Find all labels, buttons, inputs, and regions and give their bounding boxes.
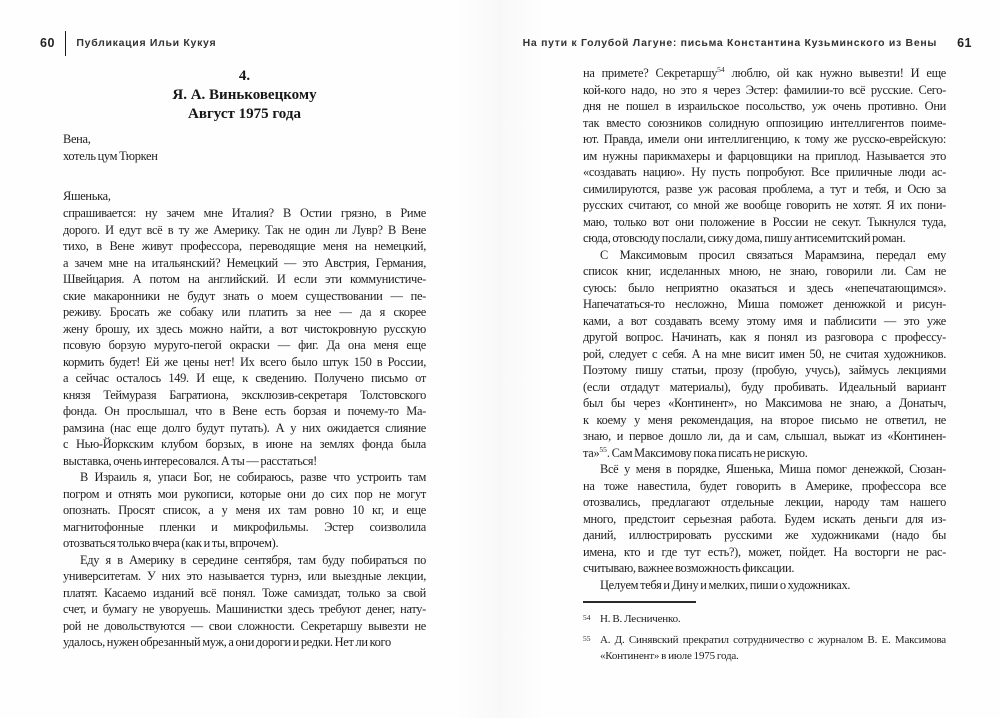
text-line: список книг, исделанных мною, не знаю, г…	[583, 263, 946, 280]
text-line: опознать. Просят список, а у меня их там…	[63, 502, 426, 519]
text-line: рамзина (нас еще долго будут путать). А …	[63, 420, 426, 437]
text-line: имена, кто и где тут есть?), может, пойд…	[583, 544, 946, 561]
text-line: с Нью-Йоркским клубом борзых, в июне на …	[63, 436, 426, 453]
text-line: Поэтому пишу статьи, прозу (пробую, учус…	[583, 362, 946, 379]
footnote-number: 55	[583, 632, 600, 664]
letter-body-left: спрашивается: ну зачем мне Италия? В Ост…	[63, 205, 426, 651]
text-line: на примете? Секретаршу54 люблю, ой как н…	[583, 65, 946, 82]
text-line: маю, только вот они положение в России н…	[583, 214, 946, 231]
text-line: знаю, и первое дошло ли, да и сам, слыша…	[583, 428, 946, 445]
text-line: Швейцария. А потом на английский. И если…	[63, 271, 426, 288]
text-line: Еду я в Америку в середине сентября, там…	[63, 552, 426, 569]
text-line: счет, и бумагу не уворуешь. Машинистки з…	[63, 601, 426, 618]
text-line: им нужны парикмахеры и фарцовщики на при…	[583, 148, 946, 165]
text-line: а сейчас осталось 149. И еще, к сведению…	[63, 370, 426, 387]
text-line: Н. В. Лесниченко.	[600, 611, 946, 627]
text-line: отозваться только вчера (как и ты, впроч…	[63, 535, 426, 552]
text-line: выставка, очень интересовался. А ты — ра…	[63, 453, 426, 470]
text-line: фонда. Он прослышал, что в Вене есть бор…	[63, 403, 426, 420]
text-line: удалось, нужен обрезанный муж, а они дор…	[63, 634, 426, 651]
footnote: 55А. Д. Синявский прекратил сотрудничест…	[583, 632, 946, 664]
footnote-ref: 54	[717, 65, 725, 74]
running-head-right: На пути к Голубой Лагуне: письма Констан…	[523, 37, 937, 49]
letter-addressee: Я. А. Виньковецкому	[63, 86, 426, 105]
text-line: много, предстоит серьезная работа. Будем…	[583, 511, 946, 528]
page-number-left: 60	[40, 36, 55, 50]
text-line: рой, следует с себя. А на мне висит имен…	[583, 346, 946, 363]
text-line: Всё у меня в порядке, Яшенька, Миша помо…	[583, 461, 946, 478]
running-header-left: 60 Публикация Ильи Кукуя	[40, 32, 216, 54]
text-line: а зачем мне на итальянский? Немецкий — э…	[63, 255, 426, 272]
text-line: так вместо союзников солидную оппозицию …	[583, 115, 946, 132]
text-line: реживу. Бросать же собаку или платить за…	[63, 304, 426, 321]
text-line: Вена,	[63, 131, 426, 148]
footnote-ref: 55	[599, 444, 607, 453]
text-line: тихо, в Вене живут профессора, переводящ…	[63, 238, 426, 255]
text-line: платят. Касаемо изданий всё понял. Тоже …	[63, 585, 426, 602]
text-line: дня не пошел в израильское посольство, у…	[583, 98, 946, 115]
text-line: кормить будет! Ей же цены нет! Их всего …	[63, 354, 426, 371]
salutation: Яшенька,	[63, 188, 426, 205]
text-line: С Максимовым просил связаться Марамзина,…	[583, 247, 946, 264]
text-line: князя Теймуразя Багратиона, эксклюзив-се…	[63, 387, 426, 404]
text-line: отозвались, предлагают отдельные лекции,…	[583, 494, 946, 511]
text-line: сюда, отовсюду послали, сижу дома, пишу …	[583, 230, 946, 247]
text-line: дорого. И едут всё в ту же Америку. Так …	[63, 222, 426, 239]
text-line: В Израиль я, упаси Бог, не собираюсь, ра…	[63, 469, 426, 486]
text-line: А. Д. Синявский прекратил сотрудничество…	[600, 632, 946, 648]
text-line: ют. Правда, имели они интеллигенцию, к т…	[583, 131, 946, 148]
text-line: суюсь: было неприятно оказаться и здесь …	[583, 280, 946, 297]
text-line: «Континент» в июле 1975 года.	[600, 648, 946, 664]
page-gutter	[455, 0, 545, 718]
text-line: кой-кого надо, но это я через Эстер: фам…	[583, 82, 946, 99]
running-head-left: Публикация Ильи Кукуя	[76, 37, 216, 49]
text-line: считываю, важнее возможность фиксации.	[583, 560, 946, 577]
text-line: «создавать нацию». Ну пусть попробуют. В…	[583, 164, 946, 181]
footnote-number: 54	[583, 611, 600, 627]
page-number-right: 61	[957, 36, 972, 50]
text-line: русских считают, со мной же вообще говор…	[583, 197, 946, 214]
text-line: к коему у меня рекомендация, на второе п…	[583, 412, 946, 429]
text-line: хотель цум Тюркен	[63, 148, 426, 165]
text-line: жену брошу, их здесь можно найти, а вот …	[63, 321, 426, 338]
text-line: рой не довольствуются — свои сложности. …	[63, 618, 426, 635]
footnote-divider	[583, 601, 696, 603]
text-line: псовую борзую муруго-пегой окраски — фиг…	[63, 337, 426, 354]
text-line: та»55. Сам Максимову пока писать не риск…	[583, 445, 946, 462]
text-line: погром и отнять мои рукописи, которые он…	[63, 486, 426, 503]
letter-date: Август 1975 года	[63, 105, 426, 124]
book-spread: 60 Публикация Ильи Кукуя 4. Я. А. Винько…	[0, 0, 1000, 718]
text-line: другой вопрос. Начинать, как я понял из …	[583, 329, 946, 346]
letter-body-right: на примете? Секретаршу54 люблю, ой как н…	[583, 65, 946, 593]
footnotes: 54Н. В. Лесниченко.55А. Д. Синявский пре…	[583, 611, 946, 669]
address-block: Вена,хотель цум Тюркен	[63, 131, 426, 164]
text-line: был бы через «Континент», но Максимова н…	[583, 395, 946, 412]
text-line: симилируются, разве уж расовая проблема,…	[583, 181, 946, 198]
text-line: Целуем тебя и Дину и мелких, пиши о худо…	[583, 577, 946, 594]
text-line: спрашивается: ну зачем мне Италия? В Ост…	[63, 205, 426, 222]
text-line: университетам. У них это называется турн…	[63, 568, 426, 585]
text-line: на тоже навестила, будет говорить в Амер…	[583, 478, 946, 495]
footnote: 54Н. В. Лесниченко.	[583, 611, 946, 627]
text-line: ские макаронники не будут знать о моем с…	[63, 288, 426, 305]
text-line: ками, а вот создавать всему этому имя и …	[583, 313, 946, 330]
text-line: даний, иллюстрировать русскими же художн…	[583, 527, 946, 544]
letter-title-block: 4. Я. А. Виньковецкому Август 1975 года	[63, 67, 426, 124]
text-line: магнитофонные пленки и микрофильмы. Эсте…	[63, 519, 426, 536]
header-divider-left	[65, 31, 67, 56]
running-header-right: На пути к Голубой Лагуне: письма Констан…	[583, 32, 972, 54]
letter-number: 4.	[63, 67, 426, 86]
text-line: (если отдадут материалы), буду пробивать…	[583, 379, 946, 396]
text-line: Напечататься-то несложно, Миша поможет д…	[583, 296, 946, 313]
footnote-text: А. Д. Синявский прекратил сотрудничество…	[600, 632, 946, 664]
footnote-text: Н. В. Лесниченко.	[600, 611, 946, 627]
